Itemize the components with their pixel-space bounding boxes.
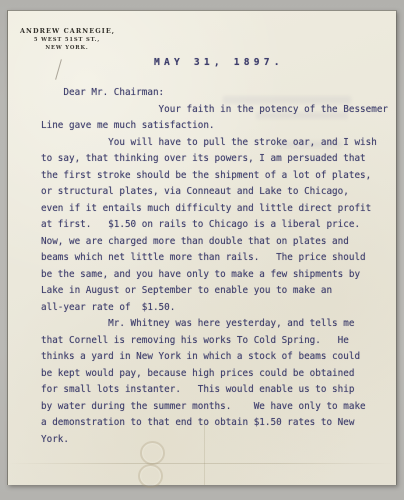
letterhead: ANDREW CARNEGIE, 5 WEST 51ST ST., NEW YO… (20, 26, 114, 52)
pencil-mark (55, 59, 62, 79)
letter-paper: ANDREW CARNEGIE, 5 WEST 51ST ST., NEW YO… (7, 10, 396, 485)
date-line: MAY 31, 1897. (154, 57, 284, 68)
fold-crease (204, 421, 205, 485)
letter-line: Now, we are charged more than double tha… (41, 234, 393, 251)
letter-line: a demonstration to that end to obtain $1… (41, 415, 393, 432)
scan-background: ANDREW CARNEGIE, 5 WEST 51ST ST., NEW YO… (0, 0, 404, 500)
letter-line: the first stroke should be the shipment … (41, 168, 393, 185)
letter-line: be the same, and you have only to make a… (41, 267, 393, 284)
letterhead-address-street: 5 WEST 51ST ST., (20, 36, 114, 44)
letter-line: even if it entails much difficulty and l… (41, 201, 393, 218)
letterhead-address-city: NEW YORK. (20, 44, 114, 52)
letter-line: be kept would pay, because high prices c… (41, 366, 393, 383)
fold-crease (8, 463, 396, 464)
letter-body: Dear Mr. Chairman: Your faith in the pot… (41, 85, 393, 448)
letter-line: all-year rate of $1.50. (41, 300, 393, 317)
letter-line: that Cornell is removing his works To Co… (41, 333, 393, 350)
embossed-seal-mark (138, 464, 163, 488)
letter-line: You will have to pull the stroke oar, an… (41, 135, 393, 152)
letter-line: beams which net little more than rails. … (41, 250, 393, 267)
letter-line: Mr. Whitney was here yesterday, and tell… (41, 316, 393, 333)
letter-line: Line gave me much satisfaction. (41, 118, 393, 135)
letter-line: at first. $1.50 on rails to Chicago is a… (41, 217, 393, 234)
letter-line: York. (41, 432, 393, 449)
embossed-seal-mark (140, 441, 165, 465)
letter-line: for small lots instanter. This would ena… (41, 382, 393, 399)
letter-line: Lake in August or September to enable yo… (41, 283, 393, 300)
letter-line: thinks a yard in New York in which a sto… (41, 349, 393, 366)
letter-line: Your faith in the potency of the Besseme… (41, 102, 393, 119)
letter-line: Dear Mr. Chairman: (41, 85, 393, 102)
letter-line: or structural plates, via Conneaut and L… (41, 184, 393, 201)
letter-line: by water during the summer months. We ha… (41, 399, 393, 416)
letterhead-name: ANDREW CARNEGIE, (20, 26, 114, 36)
letter-line: to say, that thinking over its powers, I… (41, 151, 393, 168)
